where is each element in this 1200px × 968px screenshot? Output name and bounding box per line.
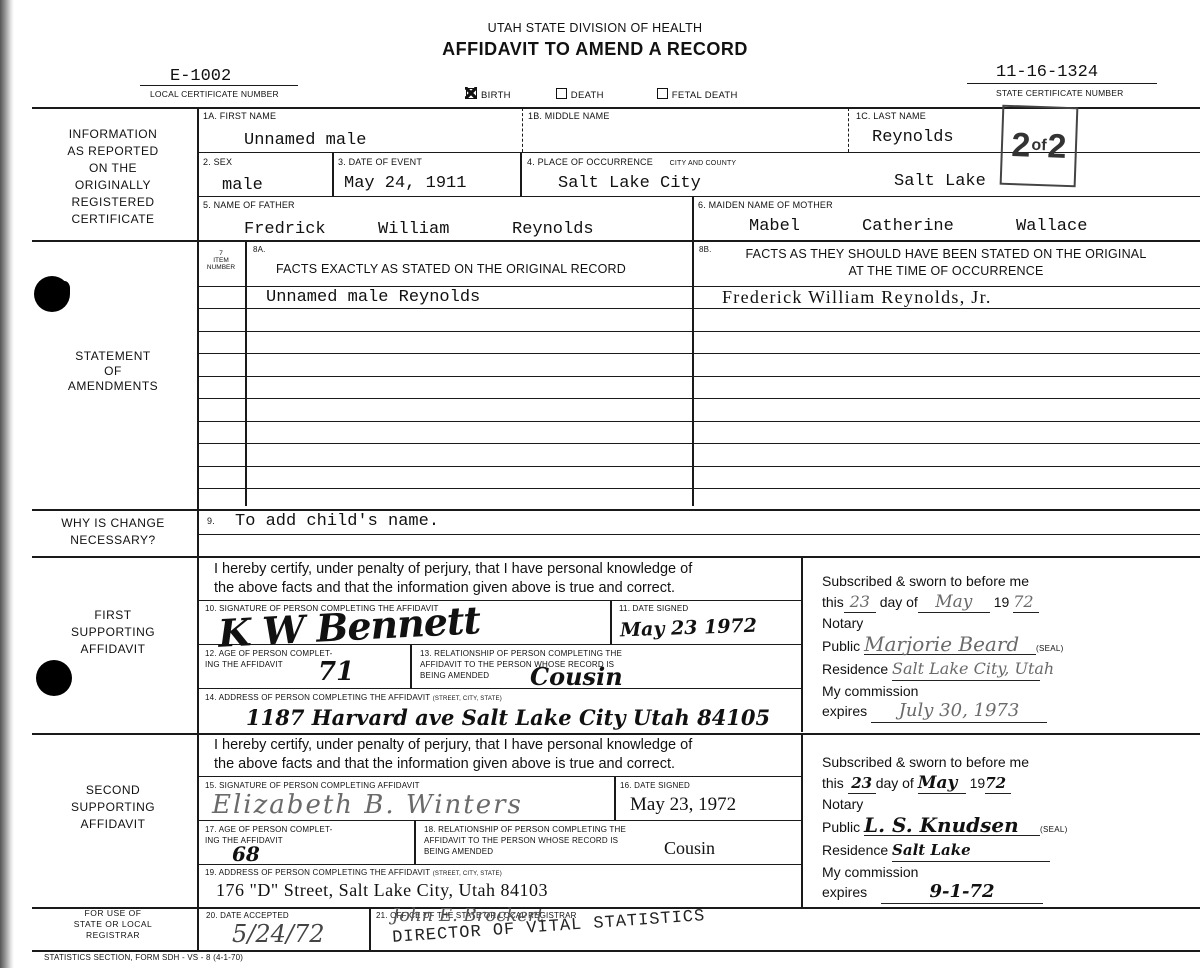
grid-line <box>197 398 1200 399</box>
mother-first-name: Mabel <box>749 217 800 236</box>
last-name-label: 1C. LAST NAME <box>856 111 926 121</box>
grid-line <box>197 443 1200 444</box>
grid-divider <box>614 776 616 820</box>
first-age-label: 12. AGE OF PERSON COMPLET-ING THE AFFIDA… <box>205 648 332 670</box>
scan-edge-shadow <box>0 0 14 968</box>
col-8a-header: FACTS EXACTLY AS STATED ON THE ORIGINAL … <box>276 262 626 276</box>
hole-punch-mark <box>36 660 72 696</box>
father-first-name: Fredrick <box>244 220 326 239</box>
second-age-label: 17. AGE OF PERSON COMPLET-ING THE AFFIDA… <box>205 824 332 846</box>
amendment-original-value: Unnamed male Reynolds <box>266 288 480 307</box>
section-label-first-affidavit: FIRSTSUPPORTINGAFFIDAVIT <box>32 607 194 658</box>
checkbox-checked-icon[interactable] <box>466 88 477 99</box>
state-cert-underline <box>967 83 1157 84</box>
grid-line <box>32 556 1200 558</box>
last-name-value: Reynolds <box>872 128 954 147</box>
second-date-signed-value: May 23, 1972 <box>630 794 736 816</box>
second-address-value: 176 "D" Street, Salt Lake City, Utah 841… <box>216 880 548 901</box>
reason-number: 9. <box>207 516 215 526</box>
grid-divider <box>332 152 334 196</box>
col-8a-number: 8A. <box>253 245 266 254</box>
local-cert-underline <box>140 85 298 86</box>
date-accepted-value: 5/24/72 <box>232 920 325 948</box>
grid-divider <box>801 733 803 907</box>
mother-middle-name: Catherine <box>862 217 954 236</box>
mother-maiden-name-label: 6. MAIDEN NAME OF MOTHER <box>698 200 833 210</box>
grid-line <box>197 776 801 777</box>
father-last-name: Reynolds <box>512 220 594 239</box>
section-label-reason: WHY IS CHANGENECESSARY? <box>32 515 194 549</box>
place-county-value: Salt Lake <box>894 172 986 191</box>
grid-line <box>197 376 1200 377</box>
grid-divider <box>414 820 416 864</box>
grid-divider <box>522 108 523 152</box>
second-relationship-label: 18. RELATIONSHIP OF PERSON COMPLETING TH… <box>424 824 626 857</box>
father-middle-name: William <box>378 220 449 239</box>
grid-divider <box>520 152 522 196</box>
hole-punch-mark <box>56 281 70 299</box>
place-city-value: Salt Lake City <box>558 174 701 193</box>
first-date-signed-value: May 23 1972 <box>620 615 758 642</box>
grid-divider <box>369 907 371 950</box>
local-certificate-number-label: LOCAL CERTIFICATE NUMBER <box>150 89 279 99</box>
grid-divider <box>197 907 199 950</box>
section-label-registrar: FOR USE OFSTATE OR LOCALREGISTRAR <box>32 908 194 941</box>
grid-line <box>197 353 1200 354</box>
first-relationship-value: Cousin <box>530 662 623 691</box>
date-accepted-label: 20. DATE ACCEPTED <box>206 911 289 920</box>
first-name-label: 1A. FIRST NAME <box>203 111 276 121</box>
second-age-value: 68 <box>232 842 260 866</box>
grid-divider <box>801 556 803 732</box>
page-count-stamp: 2of2 <box>1000 105 1079 188</box>
state-certificate-number-value: 11-16-1324 <box>996 63 1098 82</box>
amendment-corrected-value: Frederick William Reynolds, Jr. <box>722 287 992 308</box>
reason-value: To add child's name. <box>235 512 439 531</box>
second-signature-label: 15. SIGNATURE OF PERSON COMPLETING AFFID… <box>205 781 420 790</box>
date-of-event-label: 3. DATE OF EVENT <box>338 157 422 167</box>
record-type-birth[interactable]: BIRTH <box>466 90 511 101</box>
grid-line <box>197 466 1200 467</box>
agency-name: UTAH STATE DIVISION OF HEALTH <box>0 21 1190 35</box>
grid-divider <box>692 196 694 506</box>
grid-divider <box>410 644 412 688</box>
state-certificate-number-label: STATE CERTIFICATE NUMBER <box>996 88 1123 98</box>
mother-last-name: Wallace <box>1016 217 1087 236</box>
grid-line <box>197 286 1200 287</box>
grid-line <box>197 820 801 821</box>
grid-divider <box>610 600 612 644</box>
item-number-header: 7ITEMNUMBER <box>198 250 244 271</box>
grid-line <box>197 331 1200 332</box>
local-certificate-number-value: E-1002 <box>170 67 231 86</box>
grid-line <box>32 733 1200 735</box>
record-type-options: BIRTH DEATH FETAL DEATH <box>466 88 738 101</box>
record-type-death[interactable]: DEATH <box>556 90 604 101</box>
place-of-occurrence-label: 4. PLACE OF OCCURRENCE CITY AND COUNTY <box>527 157 736 167</box>
grid-section-divider <box>197 107 199 907</box>
grid-line <box>197 488 1200 489</box>
first-address-label: 14. ADDRESS OF PERSON COMPLETING THE AFF… <box>205 693 502 702</box>
grid-line <box>197 534 1200 535</box>
sex-value: male <box>222 176 263 195</box>
form-identifier: STATISTICS SECTION, FORM SDH - VS - 8 (4… <box>44 953 243 962</box>
second-signature[interactable]: Elizabeth B. Winters <box>212 790 523 820</box>
sex-label: 2. SEX <box>203 157 232 167</box>
first-date-signed-label: 11. DATE SIGNED <box>619 604 688 613</box>
second-relationship-value: Cousin <box>664 838 715 859</box>
grid-divider <box>848 108 849 152</box>
grid-line <box>32 509 1200 511</box>
section-label-original-info: INFORMATIONAS REPORTEDON THE ORIGINALLYR… <box>32 126 194 228</box>
section-label-second-affidavit: SECONDSUPPORTINGAFFIDAVIT <box>32 782 194 833</box>
grid-line <box>32 240 1200 242</box>
checkbox-icon[interactable] <box>556 88 567 99</box>
col-8b-header: FACTS AS THEY SHOULD HAVE BEEN STATED ON… <box>692 246 1200 280</box>
father-name-label: 5. NAME OF FATHER <box>203 200 295 210</box>
record-type-fetal-death[interactable]: FETAL DEATH <box>657 90 738 101</box>
second-notary-block: Subscribed & sworn to before me this 23d… <box>822 752 1068 904</box>
first-certification-text: I hereby certify, under penalty of perju… <box>214 560 692 598</box>
second-date-signed-label: 16. DATE SIGNED <box>620 781 690 790</box>
first-address-value: 1187 Harvard ave Salt Lake City Utah 841… <box>246 705 770 730</box>
grid-line <box>32 907 1200 909</box>
section-label-amendments: STATEMENTOFAMENDMENTS <box>32 349 194 394</box>
second-certification-text: I hereby certify, under penalty of perju… <box>214 736 692 774</box>
grid-line <box>197 308 1200 309</box>
grid-line <box>197 600 801 601</box>
grid-line <box>197 421 1200 422</box>
grid-line <box>197 688 801 689</box>
first-notary-block: Subscribed & sworn to before me this23 d… <box>822 571 1064 723</box>
checkbox-icon[interactable] <box>657 88 668 99</box>
grid-bottom-line <box>32 950 1200 952</box>
first-name-value: Unnamed male <box>244 131 366 150</box>
second-address-label: 19. ADDRESS OF PERSON COMPLETING THE AFF… <box>205 868 502 877</box>
first-age-value: 71 <box>318 657 354 687</box>
date-of-event-value: May 24, 1911 <box>344 174 466 193</box>
middle-name-label: 1B. MIDDLE NAME <box>528 111 610 121</box>
grid-line <box>197 196 1200 197</box>
page-title: AFFIDAVIT TO AMEND A RECORD <box>0 39 1190 60</box>
grid-line <box>197 864 801 865</box>
